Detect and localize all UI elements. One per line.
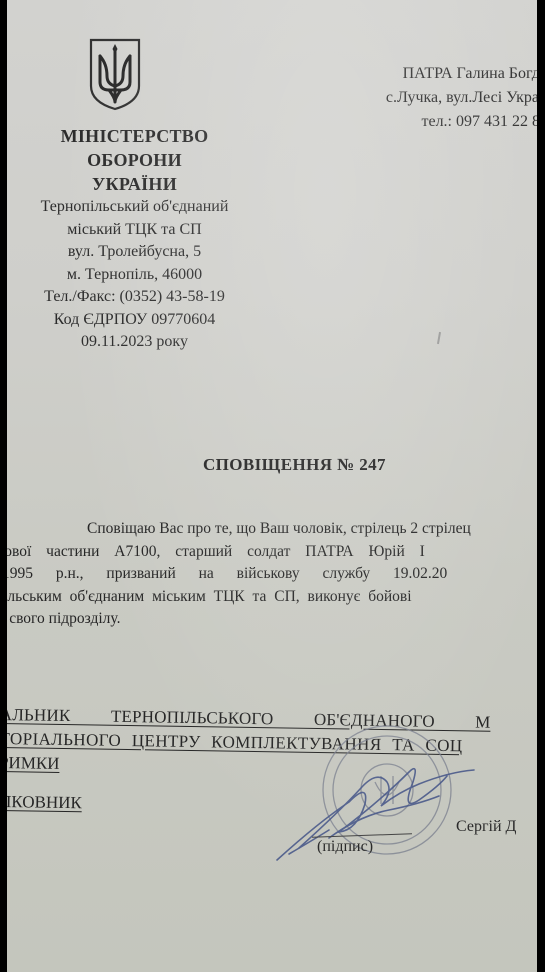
ministry-line: УКРАЇНИ xyxy=(7,172,262,196)
document-page: МІНІСТЕРСТВО ОБОРОНИ УКРАЇНИ Тернопільсь… xyxy=(7,0,537,972)
org-street: вул. Тролейбусна, 5 xyxy=(7,241,262,264)
signature-caption: (підпис) xyxy=(317,838,373,856)
screen: МІНІСТЕРСТВО ОБОРОНИ УКРАЇНИ Тернопільсь… xyxy=(0,0,545,972)
ministry-line: МІНІСТЕРСТВО xyxy=(7,124,262,148)
body-line: ійськової частини А7100, старший солдат … xyxy=(7,541,537,564)
org-phone-fax: Тел./Факс: (0352) 43-58-19 xyxy=(7,286,262,309)
ukraine-trident-icon xyxy=(87,36,143,112)
stamp-and-signature xyxy=(269,712,479,872)
org-edrpou-code: Код ЄДРПОУ 09770604 xyxy=(7,309,262,332)
recipient-phone: тел.: 097 431 22 8 xyxy=(347,110,537,134)
recipient-address: с.Лучка, вул.Лесі Укра xyxy=(347,86,537,110)
body-line: 7.07.1995 р.н., призваний на військову с… xyxy=(7,563,537,586)
stray-ink-mark xyxy=(437,332,441,344)
ministry-name: МІНІСТЕРСТВО ОБОРОНИ УКРАЇНИ xyxy=(7,124,262,196)
recipient-name: ПАТРА Галина Богда xyxy=(347,62,537,86)
notice-body: Сповіщаю Вас про те, що Ваш чоловік, стр… xyxy=(7,518,537,631)
photo-edge xyxy=(537,0,545,972)
body-line: Сповіщаю Вас про те, що Ваш чоловік, стр… xyxy=(7,518,537,541)
sender-header: МІНІСТЕРСТВО ОБОРОНИ УКРАЇНИ Тернопільсь… xyxy=(7,124,262,354)
ministry-line: ОБОРОНИ xyxy=(7,148,262,172)
body-line: кладі свого підрозділу. xyxy=(7,608,537,631)
document-date: 09.11.2023 року xyxy=(7,331,262,354)
org-name-line: міський ТЦК та СП xyxy=(7,219,262,242)
signatory-rank: ЛКОВНИК xyxy=(7,792,82,813)
signer-name: Сергій Д xyxy=(456,818,516,836)
body-line: рнопільським об'єднаним міським ТЦК та С… xyxy=(7,586,537,609)
recipient-block: ПАТРА Галина Богда с.Лучка, вул.Лесі Укр… xyxy=(347,62,537,134)
org-name-line: Тернопільський об'єднаний xyxy=(7,196,262,219)
org-city: м. Тернопіль, 46000 xyxy=(7,264,262,287)
notice-title: СПОВІЩЕННЯ № 247 xyxy=(203,455,386,475)
